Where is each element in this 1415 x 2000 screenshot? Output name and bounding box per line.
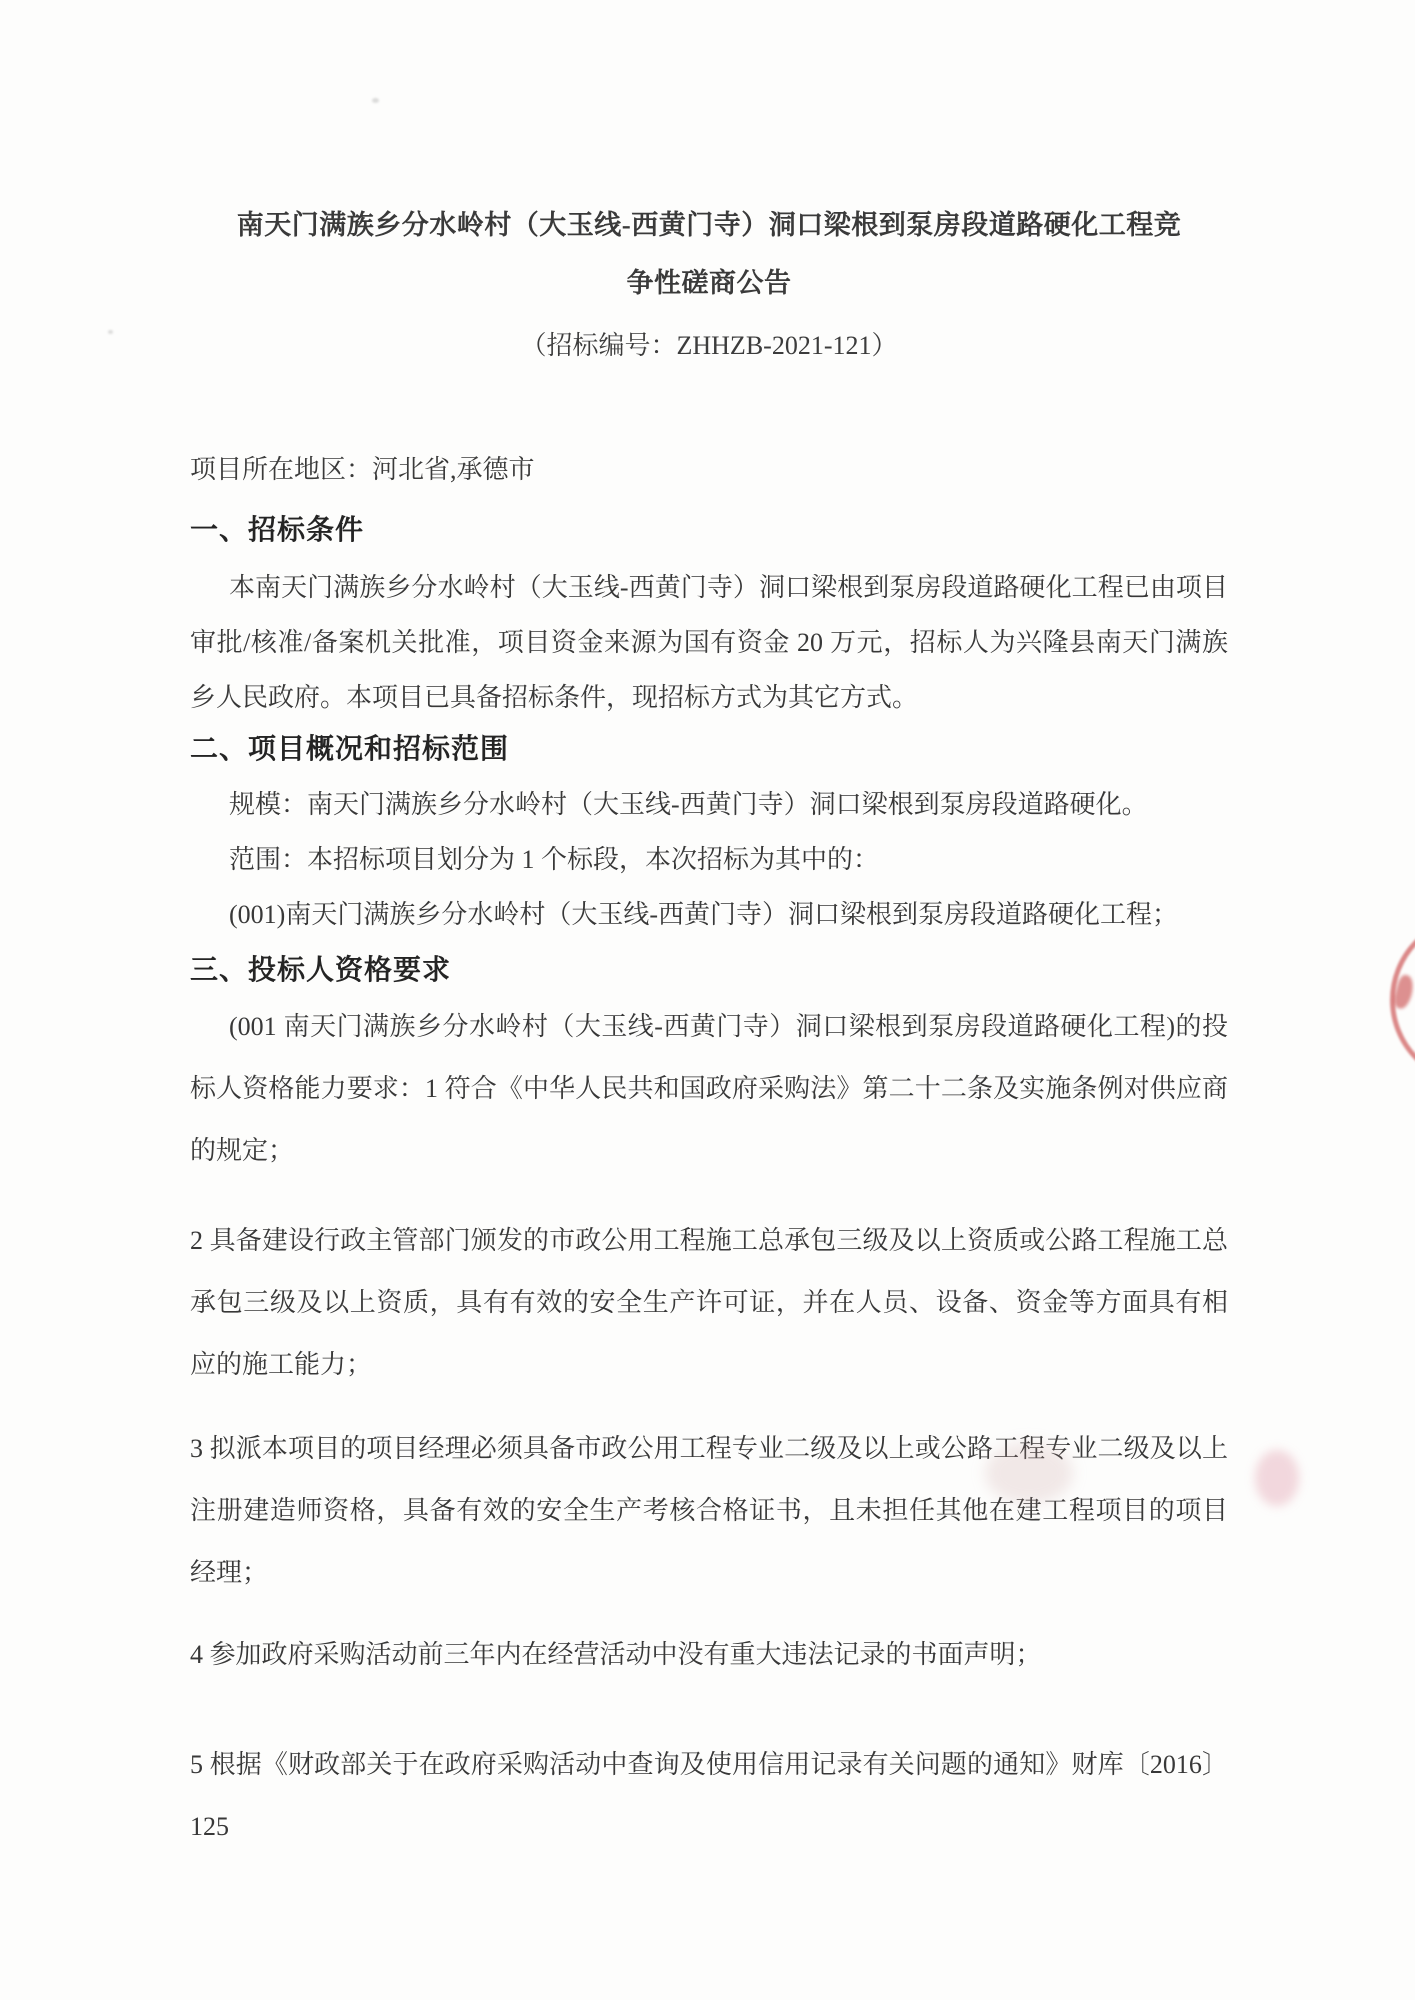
tender-conditions-paragraph: 本南天门满族乡分水岭村（大玉线-西黄门寺）洞口梁根到泵房段道路硬化工程已由项目审…	[190, 560, 1228, 725]
qualification-intro-paragraph: (001 南天门满族乡分水岭村（大玉线-西黄门寺）洞口梁根到泵房段道路硬化工程)…	[190, 996, 1228, 1182]
page-title-line2: 争性磋商公告	[190, 254, 1228, 312]
page-title-line1: 南天门满族乡分水岭村（大玉线-西黄门寺）洞口梁根到泵房段道路硬化工程竞	[190, 196, 1228, 254]
qualification-requirement-4: 4 参加政府采购活动前三年内在经营活动中没有重大违法记录的书面声明；	[190, 1624, 1228, 1686]
page-title: 南天门满族乡分水岭村（大玉线-西黄门寺）洞口梁根到泵房段道路硬化工程竞 争性磋商…	[190, 196, 1228, 312]
scan-speck	[108, 330, 113, 334]
qualification-requirement-3: 3 拟派本项目的项目经理必须具备市政公用工程专业二级及以上或公路工程专业二级及以…	[190, 1418, 1228, 1604]
project-scope-line: 范围：本招标项目划分为 1 个标段，本次招标为其中的：	[190, 832, 1228, 887]
lot-001-line: (001)南天门满族乡分水岭村（大玉线-西黄门寺）洞口梁根到泵房段道路硬化工程；	[190, 887, 1228, 942]
tender-number: （招标编号：ZHHZB-2021-121）	[190, 326, 1228, 366]
scanned-document-page: 南天门满族乡分水岭村（大玉线-西黄门寺）洞口梁根到泵房段道路硬化工程竞 争性磋商…	[0, 0, 1415, 2000]
project-location: 项目所在地区：河北省,承德市	[190, 450, 1228, 490]
section-heading-bidder-qualifications: 三、投标人资格要求	[190, 948, 1228, 992]
section-heading-project-overview: 二、项目概况和招标范围	[190, 727, 1228, 771]
ink-smudge	[1255, 1450, 1299, 1506]
document-content: 南天门满族乡分水岭村（大玉线-西黄门寺）洞口梁根到泵房段道路硬化工程竞 争性磋商…	[190, 0, 1228, 1858]
scan-speck	[372, 98, 379, 103]
qualification-requirement-5: 5 根据《财政部关于在政府采购活动中查询及使用信用记录有关问题的通知》财库〔20…	[190, 1734, 1228, 1858]
qualification-requirement-2: 2 具备建设行政主管部门颁发的市政公用工程施工总承包三级及以上资质或公路工程施工…	[190, 1210, 1228, 1396]
section-heading-tender-conditions: 一、招标条件	[190, 508, 1228, 552]
ink-smudge	[985, 1442, 1073, 1504]
project-scale-line: 规模：南天门满族乡分水岭村（大玉线-西黄门寺）洞口梁根到泵房段道路硬化。	[190, 777, 1228, 832]
